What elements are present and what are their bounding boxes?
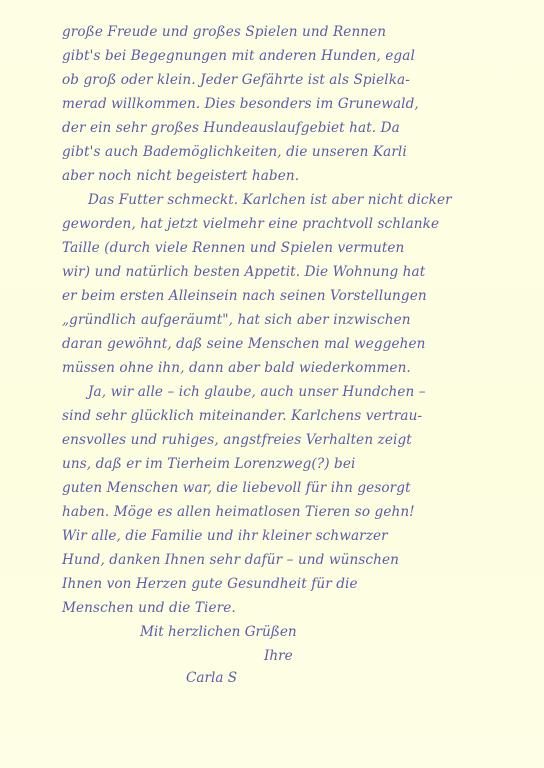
letter-line: Ihnen von Herzen gute Gesundheit für die <box>62 576 358 592</box>
letter-line: merad willkommen. Dies besonders im Grun… <box>62 96 419 112</box>
letter-line: ensvolles und ruhiges, angstfreies Verha… <box>62 432 412 448</box>
letter-line: Ja, wir alle – ich glaube, auch unser Hu… <box>88 384 426 400</box>
letter-line: „gründlich aufgeräumt", hat sich aber in… <box>62 312 411 328</box>
closing-greeting: Mit herzlichen Grüßen <box>140 624 297 640</box>
letter-line: gibt's auch Bademöglichkeiten, die unser… <box>62 144 407 160</box>
closing-ihre: Ihre <box>264 648 293 664</box>
letter-line: uns, daß er im Tierheim Lorenzweg(?) bei <box>62 456 355 472</box>
letter-line: guten Menschen war, die liebevoll für ih… <box>62 480 411 496</box>
letter-line: daran gewöhnt, daß seine Menschen mal we… <box>62 336 426 352</box>
letter-line: große Freude und großes Spielen und Renn… <box>62 24 386 40</box>
letter-line: wir) und natürlich besten Appetit. Die W… <box>62 264 425 280</box>
letter-line: Das Futter schmeckt. Karlchen ist aber n… <box>88 192 452 208</box>
signature: Carla S <box>186 670 237 686</box>
letter-line: ob groß oder klein. Jeder Gefährte ist a… <box>62 72 410 88</box>
letter-line: müssen ohne ihn, dann aber bald wiederko… <box>62 360 411 376</box>
letter-line: Menschen und die Tiere. <box>62 600 236 616</box>
letter-line: Hund, danken Ihnen sehr dafür – und wüns… <box>62 552 399 568</box>
letter-line: haben. Möge es allen heimatlosen Tieren … <box>62 504 415 520</box>
letter-line: sind sehr glücklich miteinander. Karlche… <box>62 408 422 424</box>
letter-page: große Freude und großes Spielen und Renn… <box>0 0 544 768</box>
letter-line: geworden, hat jetzt vielmehr eine pracht… <box>62 216 439 232</box>
letter-line: aber noch nicht begeistert haben. <box>62 168 299 184</box>
letter-line: er beim ersten Alleinsein nach seinen Vo… <box>62 288 427 304</box>
letter-line: der ein sehr großes Hundeauslaufgebiet h… <box>62 120 400 136</box>
letter-line: gibt's bei Begegnungen mit anderen Hunde… <box>62 48 415 64</box>
letter-line: Taille (durch viele Rennen und Spielen v… <box>62 240 404 256</box>
handwritten-letter: große Freude und großes Spielen und Renn… <box>0 0 544 768</box>
letter-line: Wir alle, die Familie und ihr kleiner sc… <box>62 528 388 544</box>
